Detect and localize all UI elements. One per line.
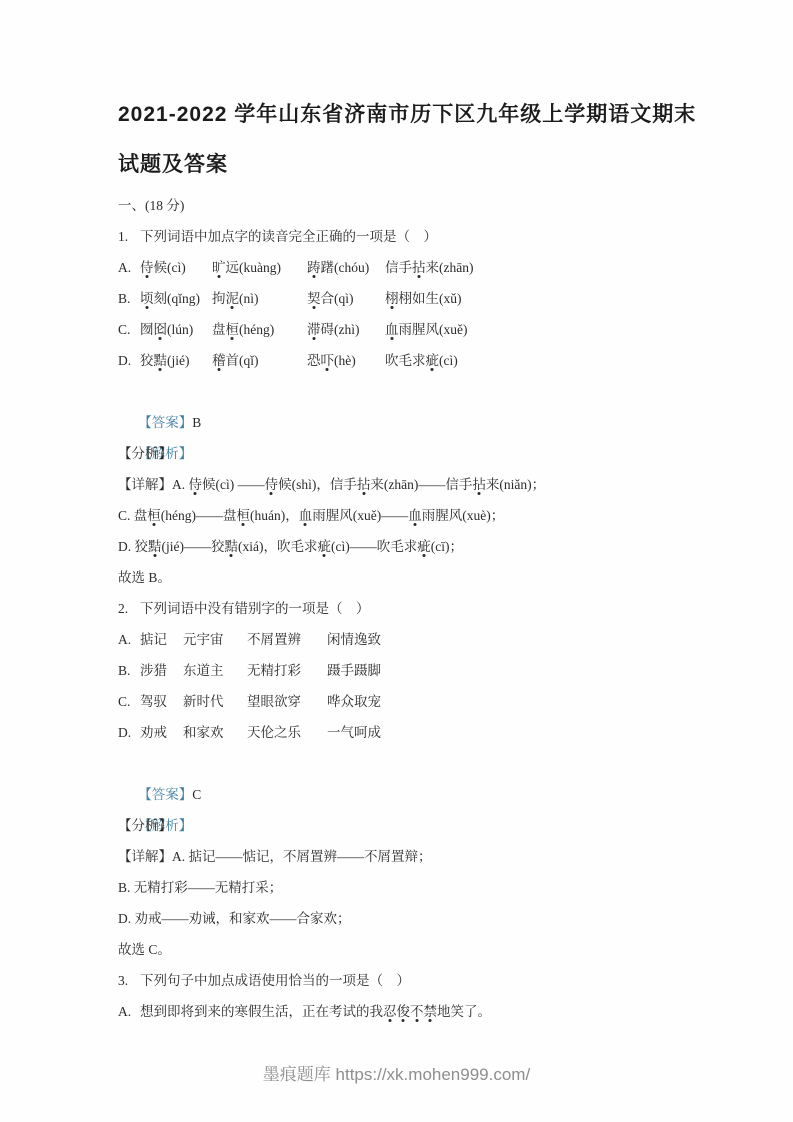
q1-answer-value: B bbox=[192, 415, 201, 430]
q2-option-c-cell-3: 望眼欲穿 bbox=[247, 686, 327, 717]
q2-option-row-b: B. 涉猎 东道主 无精打彩 蹑手蹑脚 bbox=[118, 655, 733, 686]
q3-stem: 3. 下列句子中加点成语使用恰当的一项是（ ） bbox=[118, 965, 733, 996]
q1-option-a-cell-2: 旷远(kuàng) bbox=[212, 252, 307, 283]
q2-option-row-c: C. 驾驭 新时代 望眼欲穿 哗众取宠 bbox=[118, 686, 733, 717]
q1-detail-line-2: C. 盘桓(héng)——盘桓(huán)，血雨腥风(xuě)——血雨腥风(xu… bbox=[118, 500, 733, 531]
q2-option-b-label: B. bbox=[118, 655, 140, 686]
q1-stem: 1. 下列词语中加点字的读音完全正确的一项是（ ） bbox=[118, 221, 733, 252]
q1-option-b-cell-1: 顷刻(qǐng) bbox=[140, 283, 212, 314]
q1-option-b-label: B. bbox=[118, 283, 140, 314]
q2-analysis-line: 【解析】 bbox=[118, 779, 733, 810]
q2-answer-line: 【答案】C bbox=[118, 748, 733, 779]
q2-number: 2. bbox=[118, 593, 140, 624]
q2-option-d-label: D. bbox=[118, 717, 140, 748]
q1-option-d-label: D. bbox=[118, 345, 140, 376]
q1-option-a-cell-4: 信手拈来(zhān) bbox=[385, 252, 733, 283]
q1-option-d-cell-1: 狡黠(jié) bbox=[140, 345, 212, 376]
q2-option-c-cell-2: 新时代 bbox=[183, 686, 247, 717]
q1-option-b-cell-2: 拘泥(nì) bbox=[212, 283, 307, 314]
q2-stem: 2. 下列词语中没有错别字的一项是（ ） bbox=[118, 593, 733, 624]
q2-option-a-cell-1: 掂记 bbox=[140, 624, 183, 655]
document-content: 2021-2022 学年山东省济南市历下区九年级上学期语文期末 试题及答案 一、… bbox=[118, 90, 733, 1027]
q2-answer-label: 【答案】 bbox=[138, 787, 192, 802]
q2-option-b-cell-2: 东道主 bbox=[183, 655, 247, 686]
q2-option-b-cell-4: 蹑手蹑脚 bbox=[327, 655, 733, 686]
q1-breakdown-line: 【分析】 bbox=[118, 438, 733, 469]
q2-option-d-cell-3: 天伦之乐 bbox=[247, 717, 327, 748]
q1-conclusion-line: 故选 B。 bbox=[118, 562, 733, 593]
q2-detail-line-2: B. 无精打彩——无精打采； bbox=[118, 872, 733, 903]
q2-option-b-cell-1: 涉猎 bbox=[140, 655, 183, 686]
q2-option-a-cell-4: 闲情逸致 bbox=[327, 624, 733, 655]
q2-detail-line-3: D. 劝戒——劝诫，和家欢——合家欢； bbox=[118, 903, 733, 934]
exam-document-page: 2021-2022 学年山东省济南市历下区九年级上学期语文期末 试题及答案 一、… bbox=[0, 0, 793, 1122]
q2-conclusion-line: 故选 C。 bbox=[118, 934, 733, 965]
q1-analysis-line: 【解析】 bbox=[118, 407, 733, 438]
q1-option-c-cell-4: 血雨腥风(xuě) bbox=[385, 314, 733, 345]
q2-option-d-cell-1: 劝戒 bbox=[140, 717, 183, 748]
footer-url: https://xk.mohen999.com/ bbox=[336, 1065, 531, 1084]
q1-option-b-cell-4: 栩栩如生(xǔ) bbox=[385, 283, 733, 314]
q2-stem-text: 下列词语中没有错别字的一项是（ ） bbox=[140, 593, 733, 624]
q1-detail-line-1: 【详解】A. 侍候(cì) ——侍候(shì)，信手拈来(zhān)——信手拈来… bbox=[118, 469, 733, 500]
document-title-line-2: 试题及答案 bbox=[118, 140, 733, 190]
footer-site-name: 墨痕题库 bbox=[263, 1065, 331, 1084]
q2-option-row-d: D. 劝戒 和家欢 天伦之乐 一气呵成 bbox=[118, 717, 733, 748]
q1-option-a-cell-3: 踌躇(chóu) bbox=[307, 252, 385, 283]
q2-option-c-label: C. bbox=[118, 686, 140, 717]
q1-answer-label: 【答案】 bbox=[138, 415, 192, 430]
q1-option-c-cell-3: 滞碍(zhì) bbox=[307, 314, 385, 345]
q2-option-d-cell-4: 一气呵成 bbox=[327, 717, 733, 748]
q1-option-c-cell-1: 囫囵(lún) bbox=[140, 314, 212, 345]
q1-option-c-cell-2: 盘桓(héng) bbox=[212, 314, 307, 345]
footer-watermark: 墨痕题库 https://xk.mohen999.com/ bbox=[0, 1062, 793, 1088]
q1-answer-line: 【答案】B bbox=[118, 376, 733, 407]
q2-option-d-cell-2: 和家欢 bbox=[183, 717, 247, 748]
q1-option-row-b: B. 顷刻(qǐng) 拘泥(nì) 契合(qì) 栩栩如生(xǔ) bbox=[118, 283, 733, 314]
q1-number: 1. bbox=[118, 221, 140, 252]
q2-option-c-cell-4: 哗众取宠 bbox=[327, 686, 733, 717]
q2-option-a-cell-3: 不屑置辨 bbox=[247, 624, 327, 655]
q2-option-b-cell-3: 无精打彩 bbox=[247, 655, 327, 686]
q3-option-a-label: A. bbox=[118, 996, 140, 1027]
q1-option-d-cell-2: 稽首(qǐ) bbox=[212, 345, 307, 376]
q1-option-row-d: D. 狡黠(jié) 稽首(qǐ) 恐吓(hè) 吹毛求疵(cì) bbox=[118, 345, 733, 376]
q1-detail-line-3: D. 狡黠(jié)——狡黠(xiá)，吹毛求疵(cì)——吹毛求疵(cī)； bbox=[118, 531, 733, 562]
q2-option-a-cell-2: 元宇宙 bbox=[183, 624, 247, 655]
q1-option-b-cell-3: 契合(qì) bbox=[307, 283, 385, 314]
q2-option-row-a: A. 掂记 元宇宙 不屑置辨 闲情逸致 bbox=[118, 624, 733, 655]
q1-option-d-cell-3: 恐吓(hè) bbox=[307, 345, 385, 376]
q1-option-row-c: C. 囫囵(lún) 盘桓(héng) 滞碍(zhì) 血雨腥风(xuě) bbox=[118, 314, 733, 345]
q1-option-c-label: C. bbox=[118, 314, 140, 345]
q1-option-a-label: A. bbox=[118, 252, 140, 283]
q1-option-row-a: A. 侍候(cì) 旷远(kuàng) 踌躇(chóu) 信手拈来(zhān) bbox=[118, 252, 733, 283]
q3-stem-text: 下列句子中加点成语使用恰当的一项是（ ） bbox=[140, 965, 733, 996]
document-title: 2021-2022 学年山东省济南市历下区九年级上学期语文期末 试题及答案 bbox=[118, 90, 733, 190]
q2-option-c-cell-1: 驾驭 bbox=[140, 686, 183, 717]
q3-option-a-text: 想到即将到来的寒假生活，正在考试的我忍俊不禁地笑了。 bbox=[140, 996, 733, 1027]
q1-option-a-cell-1: 侍候(cì) bbox=[140, 252, 212, 283]
q2-detail-line-1: 【详解】A. 掂记——惦记，不屑置辨——不屑置辩； bbox=[118, 841, 733, 872]
q1-option-d-cell-4: 吹毛求疵(cì) bbox=[385, 345, 733, 376]
q2-breakdown-line: 【分析】 bbox=[118, 810, 733, 841]
document-title-line-1: 2021-2022 学年山东省济南市历下区九年级上学期语文期末 bbox=[118, 90, 733, 140]
section-heading: 一、(18 分) bbox=[118, 190, 733, 221]
q2-option-a-label: A. bbox=[118, 624, 140, 655]
q1-stem-text: 下列词语中加点字的读音完全正确的一项是（ ） bbox=[140, 221, 733, 252]
q2-answer-value: C bbox=[192, 787, 201, 802]
q3-option-row-a: A. 想到即将到来的寒假生活，正在考试的我忍俊不禁地笑了。 bbox=[118, 996, 733, 1027]
q3-number: 3. bbox=[118, 965, 140, 996]
